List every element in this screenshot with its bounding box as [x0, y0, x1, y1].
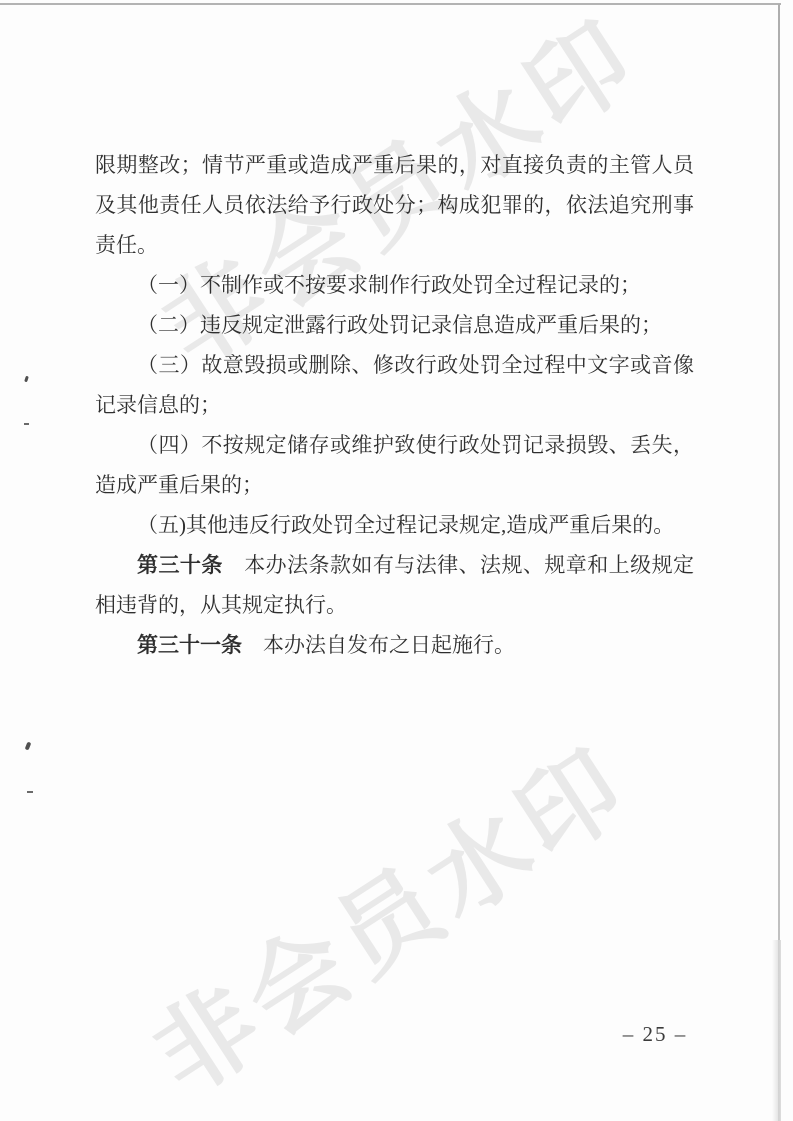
list-item-3: （三）故意毁损或删除、修改行政处罚全过程中文字或音像记录信息的； [95, 345, 694, 425]
watermark-bottom: 非会员水印 [127, 722, 657, 1119]
article-30-number: 第三十条 [137, 553, 223, 577]
page-edge-top [0, 3, 781, 5]
paragraph-intro: 限期整改；情节严重或造成严重后果的，对直接负责的主管人员及其他责任人员依法给予行… [95, 145, 694, 265]
list-item-1: （一）不制作或不按要求制作行政处罚全过程记录的； [95, 265, 694, 305]
page-number: – 25 – [605, 1022, 705, 1047]
article-31-text: 本办法自发布之日起施行。 [242, 633, 515, 657]
page-edge-right-shadow [772, 940, 781, 1121]
list-item-5: （五)其他违反行政处罚全过程记录规定,造成严重后果的。 [95, 505, 694, 545]
scan-speck [25, 742, 32, 751]
document-body: 限期整改；情节严重或造成严重后果的，对直接负责的主管人员及其他责任人员依法给予行… [95, 145, 694, 665]
list-item-4: （四）不按规定储存或维护致使行政处罚记录损毁、丢失，造成严重后果的； [95, 425, 694, 505]
article-31: 第三十一条 本办法自发布之日起施行。 [95, 625, 694, 665]
article-31-number: 第三十一条 [137, 633, 242, 657]
scan-speck [27, 791, 33, 793]
scan-speck [24, 376, 29, 383]
document-page: 非会员水印 非会员水印 限期整改；情节严重或造成严重后果的，对直接负责的主管人员… [0, 0, 793, 1121]
scan-speck [24, 423, 29, 425]
list-item-2: （二）违反规定泄露行政处罚记录信息造成严重后果的； [95, 305, 694, 345]
article-30: 第三十条 本办法条款如有与法律、法规、规章和上级规定相违背的，从其规定执行。 [95, 545, 694, 625]
